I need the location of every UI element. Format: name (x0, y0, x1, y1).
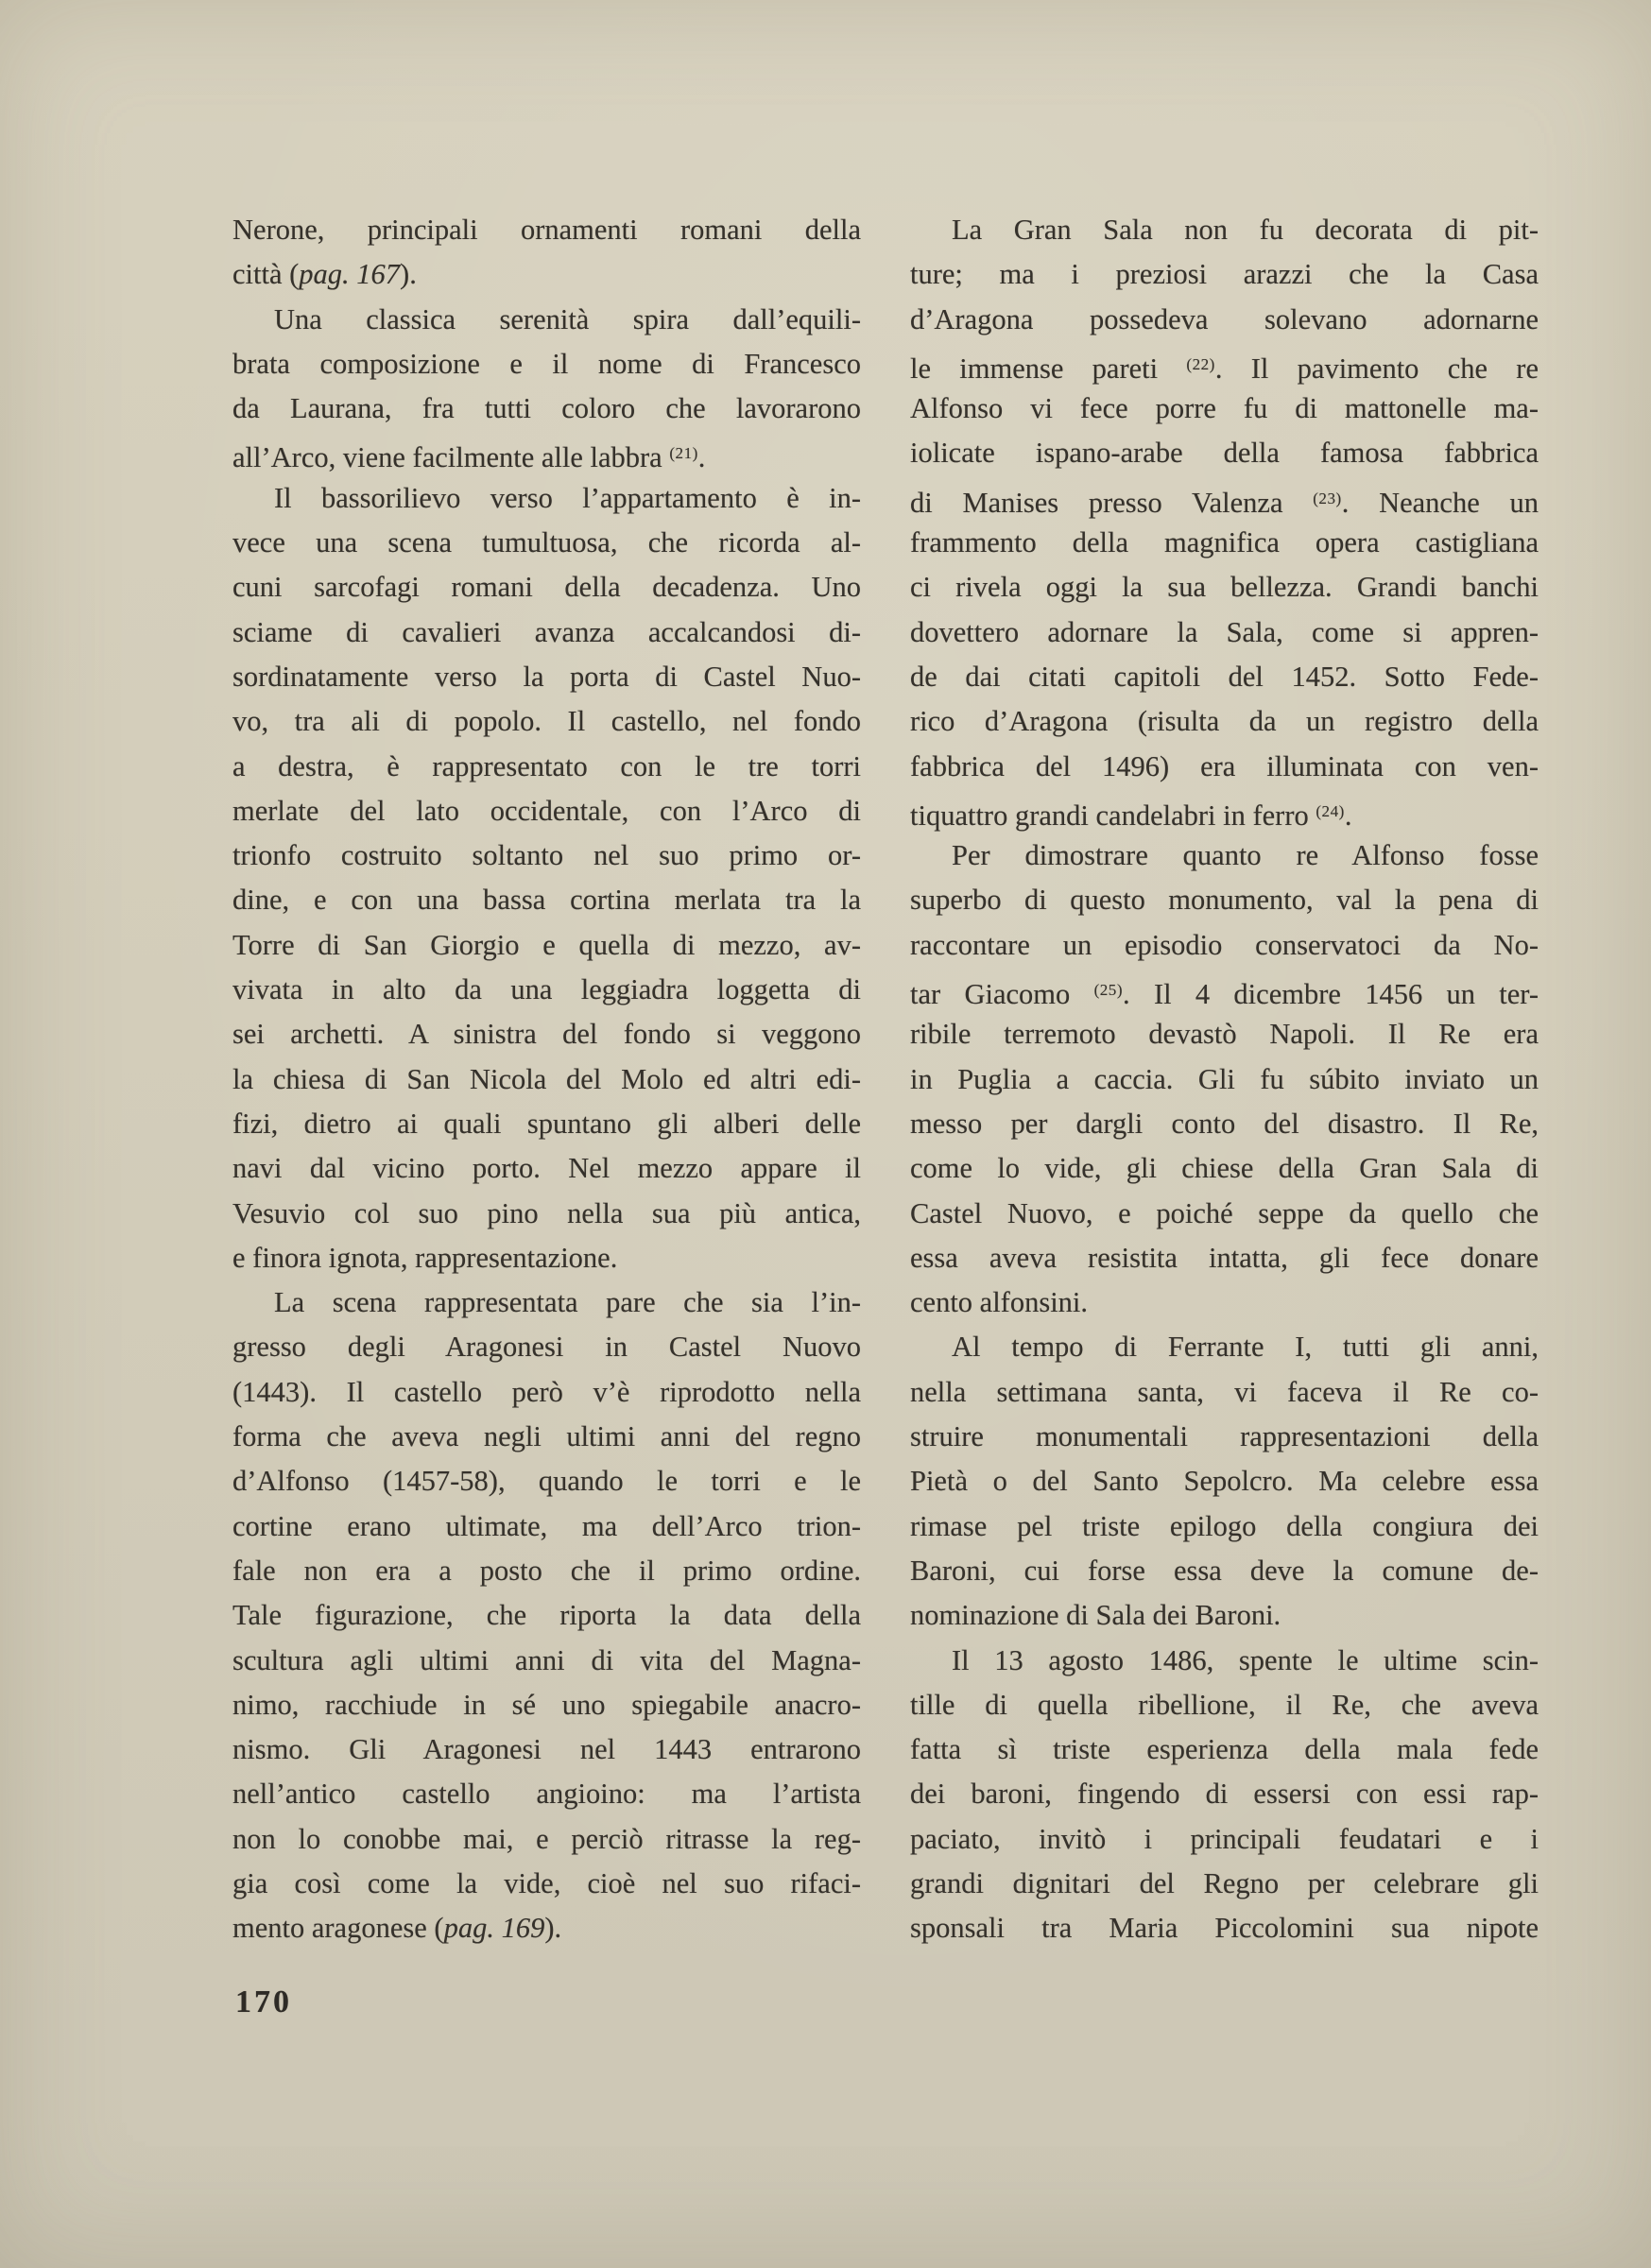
text-segment: mento aragonese ( (232, 1912, 444, 1944)
text-line: Tale figurazione, che riporta la data de… (232, 1593, 861, 1638)
text-line: Alfonso vi fece porre fu di mattonelle m… (910, 387, 1539, 431)
text-line: scultura agli ultimi anni di vita del Ma… (232, 1639, 861, 1683)
text-line: Il bassorilievo verso l’appartamento è i… (232, 476, 861, 521)
footnote-ref: (25) (1094, 981, 1123, 999)
text-segment: . (698, 441, 706, 473)
footnote-ref: (24) (1316, 802, 1344, 820)
text-line: tiquattro grandi candelabri in ferro (24… (910, 789, 1539, 833)
text-segment: . (1345, 799, 1352, 832)
text-segment: . Neanche un (1342, 487, 1539, 519)
text-segment: ). (400, 258, 417, 290)
text-line: merlate del lato occidentale, con l’Arco… (232, 789, 861, 833)
page-number: 170 (235, 1984, 292, 2020)
text-line: sciame di cavalieri avanza accalcandosi … (232, 610, 861, 655)
text-line: tille di quella ribellione, il Re, che a… (910, 1683, 1539, 1727)
text-line: sei archetti. A sinistra del fondo si ve… (232, 1012, 861, 1057)
text-line: La scena rappresentata pare che sia l’in… (232, 1280, 861, 1325)
footnote-ref: (23) (1313, 490, 1341, 507)
text-line: La Gran Sala non fu decorata di pit- (910, 208, 1539, 252)
text-line: di Manises presso Valenza (23). Neanche … (910, 476, 1539, 521)
text-line: paciato, invitò i principali feudatari e… (910, 1817, 1539, 1862)
text-line: forma che aveva negli ultimi anni del re… (232, 1415, 861, 1459)
text-segment: tiquattro grandi candelabri in ferro (910, 799, 1316, 832)
text-line: grandi dignitari del Regno per celebrare… (910, 1862, 1539, 1906)
footnote-ref: (21) (669, 444, 697, 462)
text-line: Torre di San Giorgio e quella di mezzo, … (232, 923, 861, 968)
text-line: Il 13 agosto 1486, spente le ultime scin… (910, 1639, 1539, 1683)
text-line: fizi, dietro ai quali spuntano gli alber… (232, 1102, 861, 1146)
text-line: sponsali tra Maria Piccolomini sua nipot… (910, 1906, 1539, 1950)
text-line: vece una scena tumultuosa, che ricorda a… (232, 521, 861, 565)
text-line: città (pag. 167). (232, 252, 861, 297)
text-line: vivata in alto da una leggiadra loggetta… (232, 968, 861, 1012)
text-line: la chiesa di San Nicola del Molo ed altr… (232, 1057, 861, 1102)
text-line: ribile terremoto devastò Napoli. Il Re e… (910, 1012, 1539, 1057)
text-segment: tar Giacomo (910, 978, 1094, 1010)
text-line: dine, e con una bassa cortina merlata tr… (232, 878, 861, 922)
text-segment: di Manises presso Valenza (910, 487, 1313, 519)
text-segment: . Il pavimento che re (1215, 352, 1539, 385)
text-line: frammento della magnifica opera castigli… (910, 521, 1539, 565)
text-line: in Puglia a caccia. Gli fu súbito inviat… (910, 1057, 1539, 1102)
text-line: Nerone, principali ornamenti romani dell… (232, 208, 861, 252)
text-line: raccontare un episodio conservatoci da N… (910, 923, 1539, 968)
text-line: sordinatamente verso la porta di Castel … (232, 655, 861, 699)
text-line: all’Arco, viene facilmente alle labbra (… (232, 431, 861, 475)
text-line: messo per dargli conto del disastro. Il … (910, 1102, 1539, 1146)
text-line: come lo vide, gli chiese della Gran Sala… (910, 1146, 1539, 1191)
text-line: rimase pel triste epilogo della congiura… (910, 1504, 1539, 1549)
book-page-scan: Nerone, principali ornamenti romani dell… (0, 0, 1651, 2268)
text-line: brata composizione e il nome di Francesc… (232, 342, 861, 387)
text-line: ture; ma i preziosi arazzi che la Casa (910, 252, 1539, 297)
italic-text: pag. 169 (444, 1912, 545, 1944)
text-line: non lo conobbe mai, e perciò ritrasse la… (232, 1817, 861, 1862)
text-segment: all’Arco, viene facilmente alle labbra (232, 441, 669, 473)
text-line: Castel Nuovo, e poiché seppe da quello c… (910, 1192, 1539, 1236)
text-line: Baroni, cui forse essa deve la comune de… (910, 1549, 1539, 1593)
text-column-right: La Gran Sala non fu decorata di pit-ture… (910, 208, 1539, 1951)
text-line: nominazione di Sala dei Baroni. (910, 1593, 1539, 1638)
text-line: Una classica serenità spira dall’equili- (232, 298, 861, 342)
text-line: fale non era a posto che il primo ordine… (232, 1549, 861, 1593)
text-segment: le immense pareti (910, 352, 1186, 385)
text-line: superbo di questo monumento, val la pena… (910, 878, 1539, 922)
text-line: cuni sarcofagi romani della decadenza. U… (232, 565, 861, 610)
text-line: Per dimostrare quanto re Alfonso fosse (910, 833, 1539, 878)
italic-text: pag. 167 (299, 258, 400, 290)
text-line: mento aragonese (pag. 169). (232, 1906, 861, 1950)
text-line: (1443). Il castello però v’è riprodotto … (232, 1370, 861, 1415)
text-line: cento alfonsini. (910, 1280, 1539, 1325)
text-line: de dai citati capitoli del 1452. Sotto F… (910, 655, 1539, 699)
text-line: nell’antico castello angioino: ma l’arti… (232, 1772, 861, 1816)
text-line: fatta sì triste esperienza della mala fe… (910, 1727, 1539, 1772)
text-line: nismo. Gli Aragonesi nel 1443 entrarono (232, 1727, 861, 1772)
text-line: iolicate ispano-arabe della famosa fabbr… (910, 431, 1539, 475)
text-line: Pietà o del Santo Sepolcro. Ma celebre e… (910, 1459, 1539, 1503)
text-line: a destra, è rappresentato con le tre tor… (232, 745, 861, 789)
text-line: essa aveva resistita intatta, gli fece d… (910, 1236, 1539, 1280)
text-segment: ). (544, 1912, 561, 1944)
text-line: cortine erano ultimate, ma dell’Arco tri… (232, 1504, 861, 1549)
text-segment: città ( (232, 258, 299, 290)
text-segment: . Il 4 dicembre 1456 un ter- (1123, 978, 1539, 1010)
text-line: nella settimana santa, vi faceva il Re c… (910, 1370, 1539, 1415)
footnote-ref: (22) (1186, 355, 1214, 373)
text-line: navi dal vicino porto. Nel mezzo appare … (232, 1146, 861, 1191)
text-line: dovettero adornare la Sala, come si appr… (910, 610, 1539, 655)
text-line: tar Giacomo (25). Il 4 dicembre 1456 un … (910, 968, 1539, 1012)
text-line: le immense pareti (22). Il pavimento che… (910, 342, 1539, 387)
text-line: dei baroni, fingendo di essersi con essi… (910, 1772, 1539, 1816)
text-line: Vesuvio col suo pino nella sua più antic… (232, 1192, 861, 1236)
text-line: Al tempo di Ferrante I, tutti gli anni, (910, 1325, 1539, 1369)
text-line: gia così come la vide, cioè nel suo rifa… (232, 1862, 861, 1906)
text-line: fabbrica del 1496) era illuminata con ve… (910, 745, 1539, 789)
text-line: da Laurana, fra tutti coloro che lavorar… (232, 387, 861, 431)
text-line: rico d’Aragona (risulta da un registro d… (910, 699, 1539, 744)
text-line: vo, tra ali di popolo. Il castello, nel … (232, 699, 861, 744)
text-line: trionfo costruito soltanto nel suo primo… (232, 833, 861, 878)
text-line: d’Aragona possedeva solevano adornarne (910, 298, 1539, 342)
text-line: struire monumentali rappresentazioni del… (910, 1415, 1539, 1459)
text-line: e finora ignota, rappresentazione. (232, 1236, 861, 1280)
text-line: d’Alfonso (1457-58), quando le torri e l… (232, 1459, 861, 1503)
text-column-left: Nerone, principali ornamenti romani dell… (232, 208, 861, 1951)
text-line: nimo, racchiude in sé uno spiegabile ana… (232, 1683, 861, 1727)
text-line: ci rivela oggi la sua bellezza. Grandi b… (910, 565, 1539, 610)
text-line: gresso degli Aragonesi in Castel Nuovo (232, 1325, 861, 1369)
